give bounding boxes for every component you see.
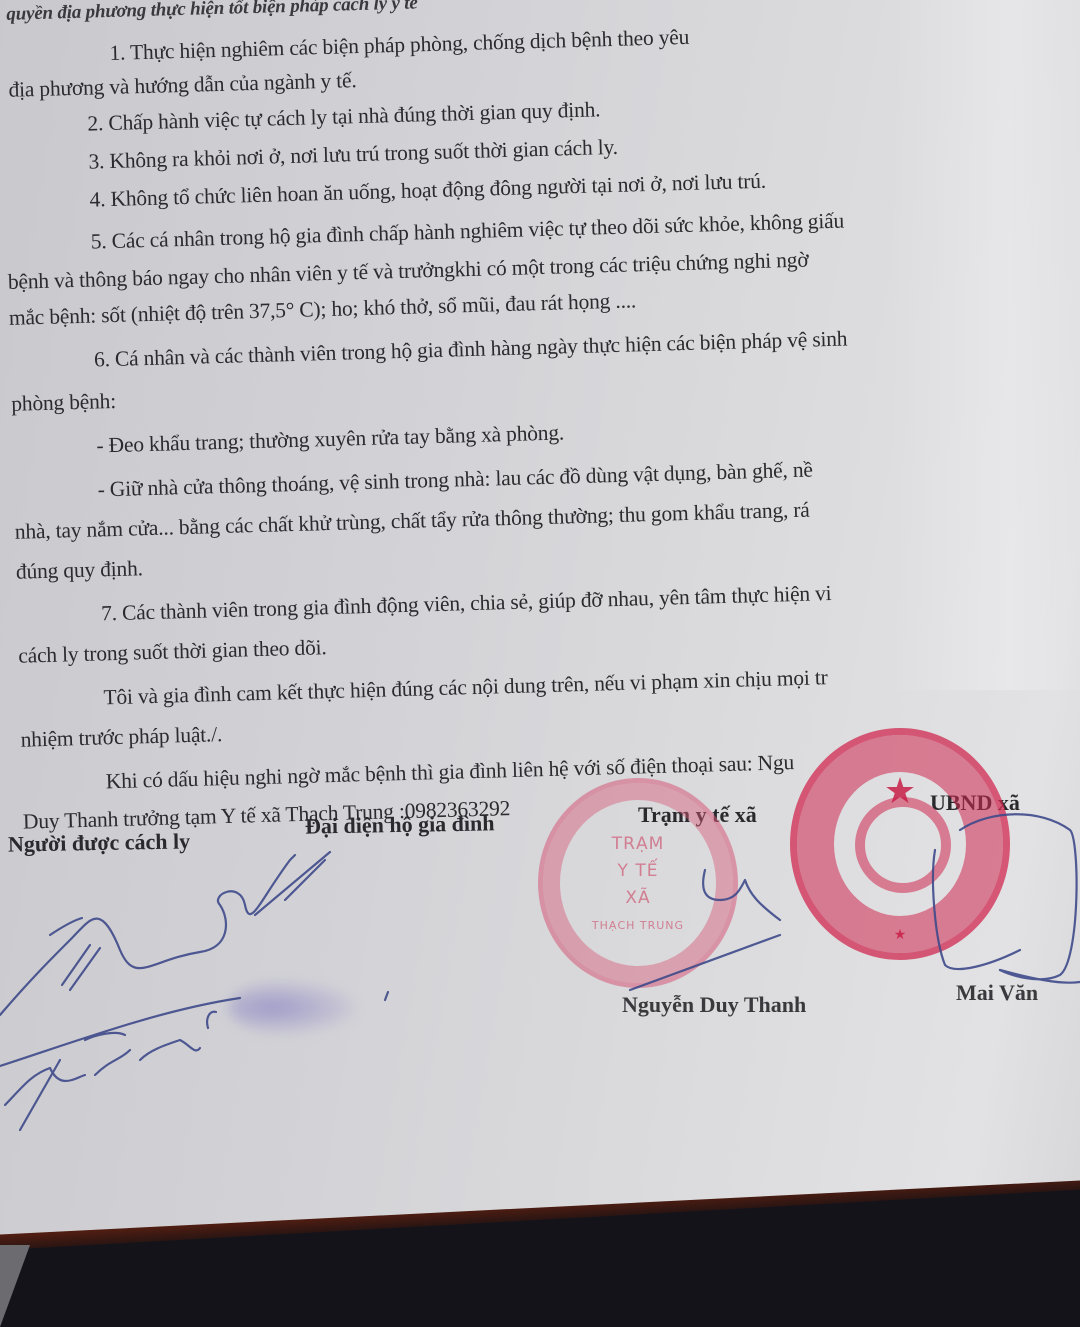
label-isolated-person: Người được cách ly <box>8 828 191 857</box>
header-fragment: quyền địa phương thực hiện tốt biện pháp… <box>6 0 418 26</box>
health-stamp-center: TRẠM Y TẾ XÃ THẠCH TRUNG <box>543 831 733 939</box>
document-paper: quyền địa phương thực hiện tốt biện pháp… <box>0 0 1080 1235</box>
small-star-icon: ★ <box>797 927 1003 943</box>
item-5-cont2: mắc bệnh: sốt (nhiệt độ trên 37,5° C); h… <box>9 288 637 331</box>
ubnd-commune-stamp: ★ ★ <box>790 728 1010 960</box>
item-7-cont: cách ly trong suốt thời gian theo dõi. <box>18 635 327 669</box>
item-1: 1. Thực hiện nghiêm các biện pháp phòng,… <box>109 25 689 66</box>
bullet-1: - Đeo khẩu trang; thường xuyên rửa tay b… <box>96 420 564 458</box>
signer-health-station: Nguyễn Duy Thanh <box>622 992 806 1018</box>
item-5-cont: bệnh và thông báo ngay cho nhân viên y t… <box>8 248 809 295</box>
signer-commune: Mai Văn <box>956 980 1038 1006</box>
commitment: Tôi và gia đình cam kết thực hiện đúng c… <box>103 665 828 710</box>
commitment-cont: nhiệm trước pháp luật./. <box>20 722 222 753</box>
item-1-cont: địa phương và hướng dẫn của ngành y tế. <box>8 68 357 103</box>
contact: Khi có dấu hiệu nghi ngờ mắc bệnh thì gi… <box>106 750 795 794</box>
item-3: 3. Không ra khỏi nơi ở, nơi lưu trú tron… <box>88 135 618 175</box>
health-station-stamp: TRẠM Y TẾ XÃ THẠCH TRUNG <box>538 778 738 988</box>
item-6: 6. Cá nhân và các thành viên trong hộ gi… <box>94 326 848 372</box>
item-6-cont: phòng bệnh: <box>11 389 116 417</box>
bullet-2-cont2: đúng quy định. <box>16 556 143 585</box>
item-4: 4. Không tổ chức liên hoan ăn uống, hoạt… <box>89 169 766 213</box>
item-7: 7. Các thành viên trong gia đình động vi… <box>101 581 832 626</box>
shadow-corner <box>0 1245 30 1327</box>
bullet-2-cont: nhà, tay nắm cửa... bằng các chất khử tr… <box>15 498 810 545</box>
bullet-2: - Giữ nhà cửa thông thoáng, vệ sinh tron… <box>97 457 813 502</box>
label-household-rep: Đại diện hộ gia đình <box>305 810 495 839</box>
star-icon: ★ <box>797 771 1003 812</box>
item-5: 5. Các cá nhân trong hộ gia đình chấp hà… <box>90 209 844 255</box>
blurred-signature-area <box>228 980 358 1035</box>
item-2: 2. Chấp hành việc tự cách ly tại nhà đún… <box>87 97 600 136</box>
